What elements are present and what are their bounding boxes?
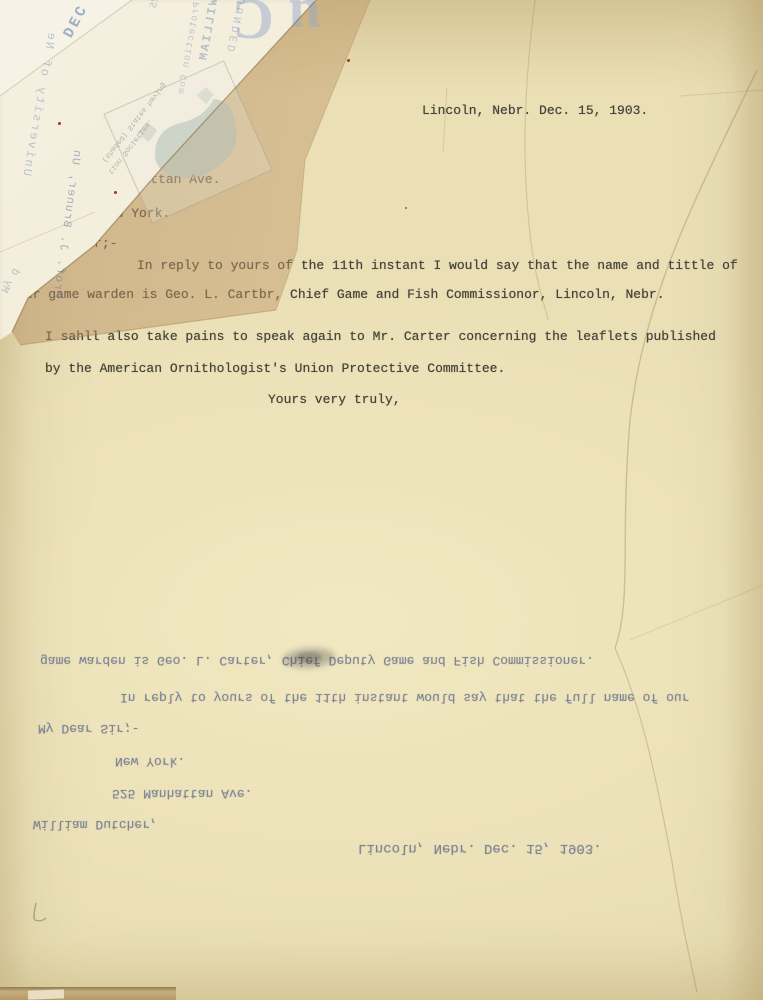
dark-speck: [405, 207, 407, 209]
pencil-mark: [34, 903, 46, 921]
scanned-letter-page: Lincoln, Nebr. Dec. 15, 1903. 525 Manhat…: [0, 0, 763, 1000]
rust-speck: [347, 59, 350, 62]
bottom-page-edge: [0, 987, 176, 1000]
rust-speck: [114, 191, 117, 194]
bottom-edge-sliver: [28, 989, 64, 999]
crease-lines: [0, 0, 763, 1000]
rust-speck: [58, 122, 61, 125]
